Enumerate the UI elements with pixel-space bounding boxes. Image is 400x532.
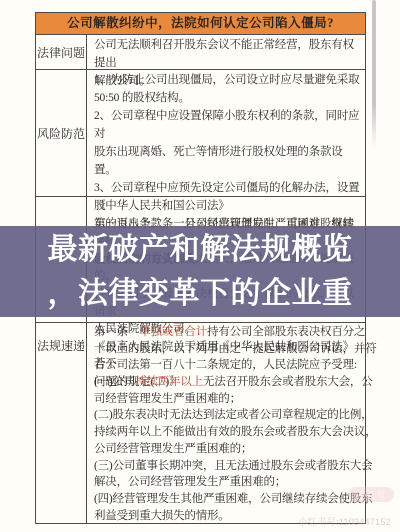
regulation-line: 合公司法第一百八十二条规定的，人民法院应予受理: bbox=[94, 357, 377, 374]
xiaohongshu-logo-text: 小红书 bbox=[357, 488, 384, 501]
regulation-line: 司经营管理发生严重困难的； bbox=[94, 391, 377, 408]
article-title-overlay: 最新破产和解法规概览 ，法律变革下的企业重 bbox=[0, 226, 400, 317]
table-row: 法规速递 第一条 单独或者合计持有公司全部股东表决权百分之 十以上的股东，以下列… bbox=[36, 322, 365, 523]
line-text: 无法召开股东会或者股东大会，公 bbox=[203, 376, 373, 388]
line-text: 第一条 bbox=[94, 326, 139, 338]
regulation-line: 十以上的股东，以下列事由之一提起解散公司诉讼，并符 bbox=[94, 341, 377, 358]
row-label-regulation-update: 法规速递 bbox=[36, 323, 87, 523]
highlighted-text: 单独或者合计 bbox=[139, 326, 207, 338]
regulation-line: (一)公司持续两年以上无法召开股东会或者股东大会，公 bbox=[94, 374, 377, 391]
line-text: (一)公司 bbox=[94, 376, 135, 388]
article-title-line-1: 最新破产和解法规概览 bbox=[48, 228, 353, 272]
regulation-line: 公司经营管理发生严重困难的； bbox=[94, 441, 377, 458]
table-header-banner: 公司解散纠纷中，法院如何认定公司陷入僵局? bbox=[36, 13, 365, 34]
page: 公司解散纠纷中，法院如何认定公司陷入僵局? 法律问题 公司无法顺利召开股东会议不… bbox=[0, 0, 400, 532]
row-label-risk-prevention: 风险防范 bbox=[36, 70, 87, 196]
xiaohongshu-logo: 小红书 bbox=[348, 487, 394, 502]
regulation-line: 持续两年以上不能做出有效的股东会或者股东大会决议， bbox=[94, 424, 377, 441]
highlighted-text: 持续两年以上 bbox=[135, 376, 203, 388]
cell-regulation-update: 第一条 单独或者合计持有公司全部股东表决权百分之 十以上的股东，以下列事由之一提… bbox=[87, 323, 381, 523]
regulation-line: 第一条 单独或者合计持有公司全部股东表决权百分之 bbox=[94, 324, 377, 341]
table-row: 风险防范 1、为防止公司出现僵局，公司设立时应尽量避免采取 50:50 的股权结… bbox=[36, 69, 365, 196]
cell-risk-prevention: 1、为防止公司出现僵局，公司设立时应尽量避免采取 50:50 的股权结构。 2、… bbox=[87, 70, 365, 196]
regulation-line: 解决，公司经营管理发生严重困难的； bbox=[94, 474, 377, 491]
regulation-line: (三)公司董事长期冲突，且无法通过股东会或者股东大会 bbox=[94, 458, 377, 475]
line-text: 持有公司全部股东表决权百分之 bbox=[207, 326, 365, 338]
xiaohongshu-id-watermark: 小红书号:1103447152 bbox=[298, 514, 398, 528]
table-row: 法律问题 公司无法顺利召开股东会议不能正常经营，股东有权提出 解散公司。 bbox=[36, 34, 365, 69]
row-label-legal-issue: 法律问题 bbox=[36, 35, 87, 69]
regulation-line: (四)经营管理发生其他严重困难，公司继续存续会使股东 bbox=[94, 491, 377, 508]
scrollbar[interactable] bbox=[372, 0, 376, 148]
article-title-line-2: ，法律变革下的企业重 bbox=[48, 272, 353, 316]
regulation-line: (二)股东表决时无法达到法定或者公司章程规定的比例， bbox=[94, 407, 377, 424]
cell-legal-issue: 公司无法顺利召开股东会议不能正常经营，股东有权提出 解散公司。 bbox=[87, 35, 365, 69]
